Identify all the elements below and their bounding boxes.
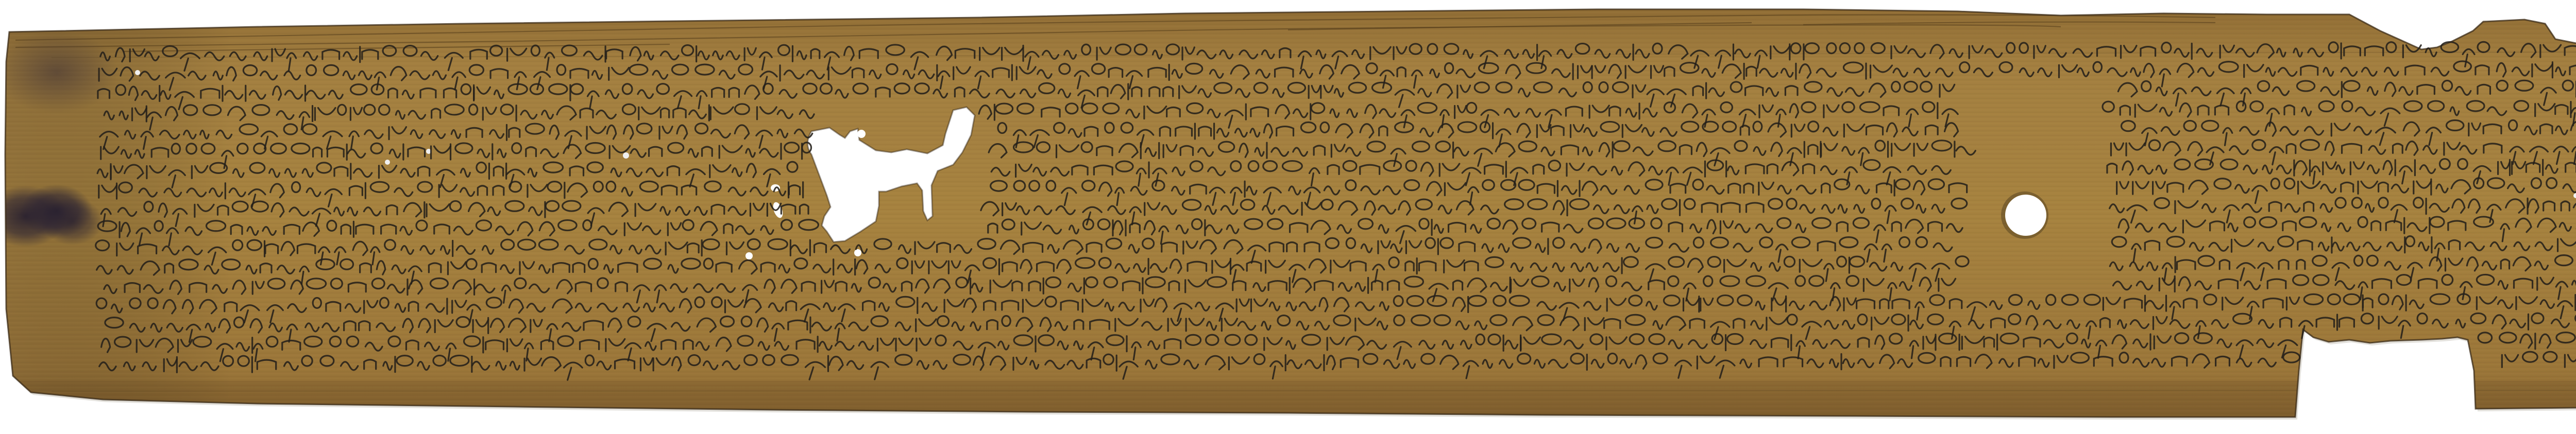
binding-hole: [2001, 192, 2048, 239]
palm-leaf: [0, 0, 2576, 434]
manuscript-scan: 4 9 2 493: [0, 0, 2576, 434]
